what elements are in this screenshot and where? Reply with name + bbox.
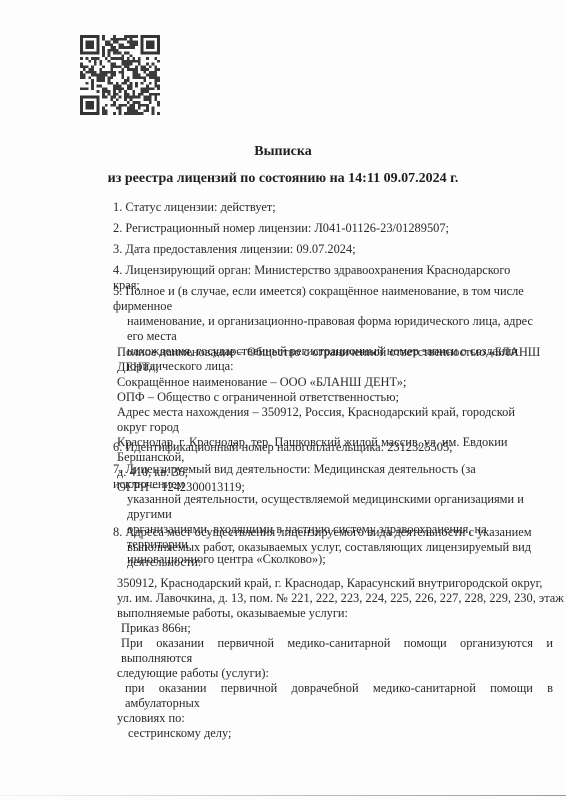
phc-line: При оказании первичной медико-санитарной… — [121, 636, 553, 666]
phc-paragraph: При оказании первичной медико-санитарной… — [117, 636, 553, 681]
service-item: сестринскому делу; — [117, 726, 557, 741]
item-text: Идентификационный номер налогоплательщик… — [125, 440, 452, 454]
prehospital-paragraph: при оказании первичной доврачебной медик… — [117, 681, 553, 726]
item-text: Полное и (в случае, если имеется) сокращ… — [113, 284, 524, 313]
item-tax-id: 6. Идентификационный номер налогоплатель… — [113, 440, 533, 455]
item-text-continued: наименование, и организационно-правовая … — [113, 314, 543, 344]
full-name-line: Полное наименование – Общество с огранич… — [117, 345, 547, 375]
prehospital-line: при оказании первичной доврачебной медик… — [121, 681, 553, 711]
prehospital-line: условиях по: — [117, 711, 553, 726]
item-number: 6. — [113, 440, 122, 454]
item-text: Регистрационный номер лицензии: Л041-011… — [125, 221, 449, 235]
item-text: Дата предоставления лицензии: 09.07.2024… — [125, 242, 355, 256]
item-number: 2. — [113, 221, 122, 235]
item-text-continued: указанной деятельности, осуществляемой м… — [113, 492, 543, 522]
page-edge-divider — [0, 795, 566, 796]
address-line: 350912, Краснодарский край, г. Краснодар… — [117, 576, 557, 591]
item-number: 5. — [113, 284, 122, 298]
item-number: 7. — [113, 462, 122, 476]
item-number: 3. — [113, 242, 122, 256]
address-line: Адрес места нахождения – 350912, Россия,… — [117, 405, 547, 435]
item-activity-addresses: 8. Адреса мест осуществления лицензируем… — [113, 525, 543, 570]
item-registration-number: 2. Регистрационный номер лицензии: Л041-… — [113, 221, 533, 236]
item-text: Адреса мест осуществления лицензируемого… — [125, 525, 531, 539]
activity-address-details: 350912, Краснодарский край, г. Краснодар… — [117, 576, 557, 741]
item-text: Лицензируемый вид деятельности: Медицинс… — [113, 462, 476, 491]
short-name-line: Сокращённое наименование – ООО «БЛАНШ ДЕ… — [117, 375, 547, 390]
item-text: Статус лицензии: действует; — [125, 200, 275, 214]
item-number: 1. — [113, 200, 122, 214]
item-number: 4. — [113, 263, 122, 277]
item-issue-date: 3. Дата предоставления лицензии: 09.07.2… — [113, 242, 533, 257]
item-license-status: 1. Статус лицензии: действует; — [113, 200, 533, 215]
document-subtitle: из реестра лицензий по состоянию на 14:1… — [0, 171, 566, 187]
item-text-continued: выполняемых работ, оказываемых услуг, со… — [113, 540, 543, 555]
document-page: Выписка из реестра лицензий по состоянию… — [0, 0, 566, 800]
phc-line: следующие работы (услуги): — [117, 666, 553, 681]
services-header: выполняемые работы, оказываемые услуги: — [117, 606, 557, 621]
item-text-continued: деятельности: — [113, 555, 543, 570]
qr-code-icon — [80, 35, 160, 115]
document-title: Выписка — [0, 144, 566, 160]
legal-form-line: ОПФ – Общество с ограниченной ответствен… — [117, 390, 547, 405]
address-line: ул. им. Лавочкина, д. 13, пом. № 221, 22… — [117, 591, 557, 606]
item-number: 8. — [113, 525, 122, 539]
order-reference: Приказ 866н; — [117, 621, 557, 636]
